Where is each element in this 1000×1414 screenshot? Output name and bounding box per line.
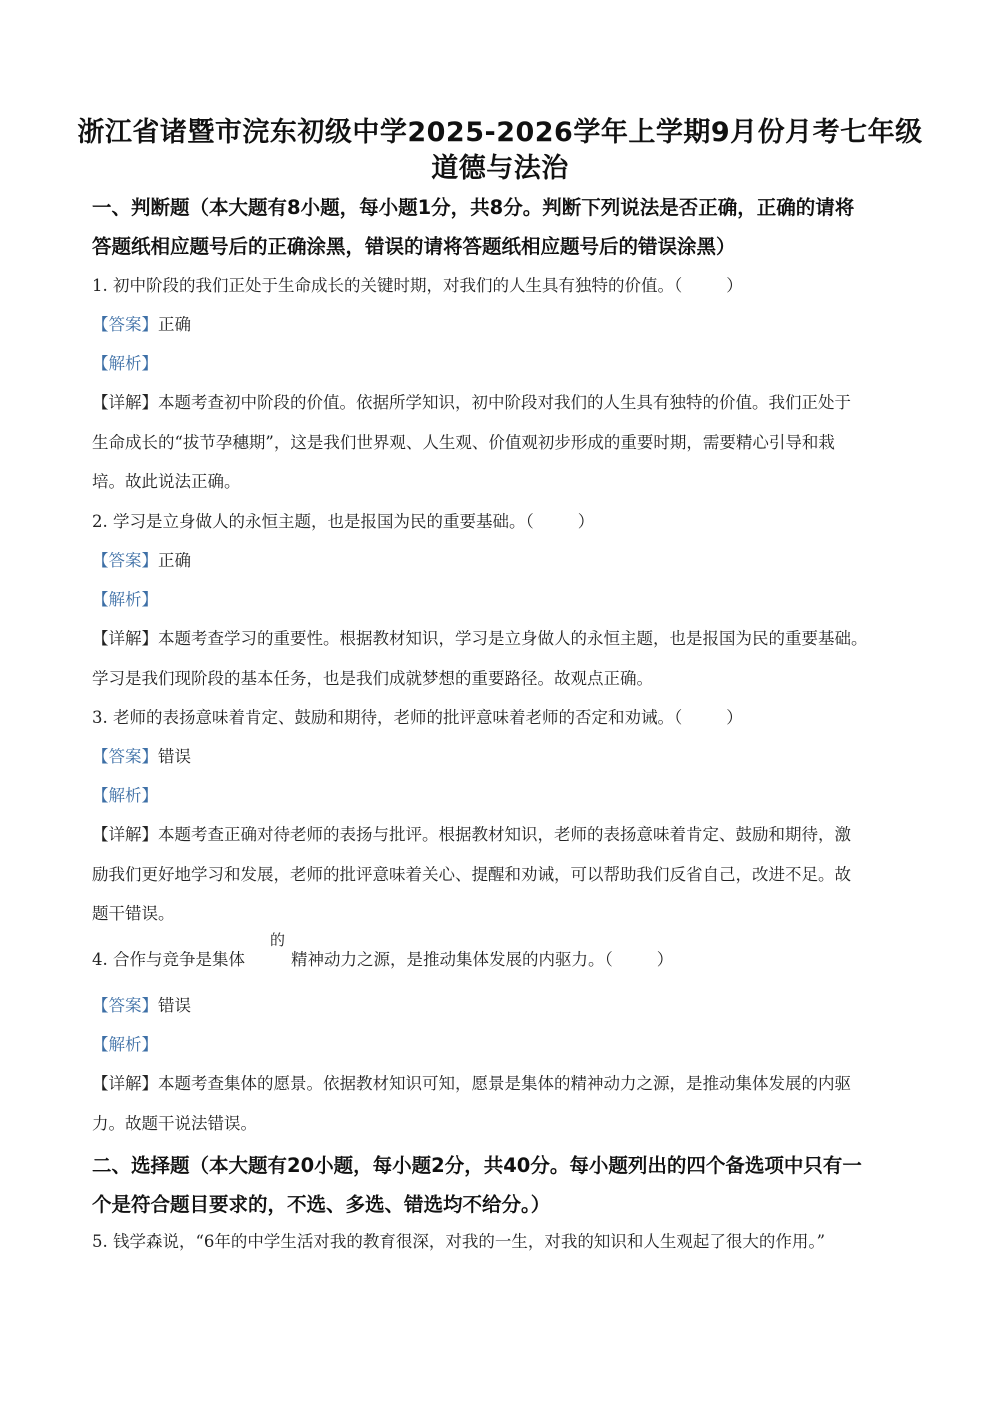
question-3-detail-line3: 题干错误。 <box>92 900 175 924</box>
question-2-answer: 【答案】正确 <box>92 547 191 571</box>
question-1-answer: 【答案】正确 <box>92 311 191 335</box>
analysis-label: 【解析】 <box>92 354 158 373</box>
question-number: 2. <box>92 512 108 531</box>
answer-label: 【答案】 <box>92 996 158 1015</box>
detail-label: 【详解】 <box>92 825 158 844</box>
detail-text: 本题考查学习的重要性。根据教材知识，学习是立身做人的永恒主题，也是报国为民的重要… <box>158 629 868 648</box>
question-3-stem: 3. 老师的表扬意味着肯定、鼓励和期待，老师的批评意味着老师的否定和劝诫。（） <box>92 704 743 728</box>
question-number: 4. <box>92 950 108 969</box>
question-2-detail-line2: 学习是我们现阶段的基本任务，也是我们成就梦想的重要路径。故观点正确。 <box>92 665 653 689</box>
answer-value: 正确 <box>158 315 191 334</box>
question-1-stem: 1. 初中阶段的我们正处于生命成长的关键时期，对我们的人生具有独特的价值。（） <box>92 272 743 296</box>
question-3-analysis: 【解析】 <box>92 782 158 806</box>
section-2-heading-line1: 二、选择题（本大题有20小题，每小题2分，共40分。每小题列出的四个备选项中只有… <box>92 1150 922 1178</box>
paren-close: ） <box>726 708 743 727</box>
detail-text: 本题考查初中阶段的价值。依据所学知识，初中阶段对我们的人生具有独特的价值。我们正… <box>158 393 851 412</box>
question-2-analysis: 【解析】 <box>92 586 158 610</box>
section-1-heading-line1: 一、判断题（本大题有8小题，每小题1分，共8分。判断下列说法是否正确，正确的请将 <box>92 192 922 220</box>
section-1-heading-line2: 答题纸相应题号后的正确涂黑，错误的请将答题纸相应题号后的错误涂黑） <box>92 231 922 259</box>
section-2-heading-line2: 个是符合题目要求的，不选、多选、错选均不给分。） <box>92 1189 922 1217</box>
question-number: 1. <box>92 276 108 295</box>
question-number: 3. <box>92 708 108 727</box>
question-1-detail-line3: 培。故此说法正确。 <box>92 468 241 492</box>
question-2-detail-line1: 【详解】本题考查学习的重要性。根据教材知识，学习是立身做人的永恒主题，也是报国为… <box>92 625 868 649</box>
exam-page: 浙江省诸暨市浣东初级中学2025-2026学年上学期9月份月考七年级 道德与法治… <box>0 0 1000 1414</box>
question-4-raised-char: 的 <box>270 929 285 950</box>
answer-label: 【答案】 <box>92 747 158 766</box>
analysis-label: 【解析】 <box>92 786 158 805</box>
question-3-detail-line2: 励我们更好地学习和发展，老师的批评意味着关心、提醒和劝诫，可以帮助我们反省自己，… <box>92 861 851 885</box>
doc-title-line2: 道德与法治 <box>0 146 1000 185</box>
detail-text: 本题考查集体的愿景。依据教材知识可知，愿景是集体的精神动力之源，是推动集体发展的… <box>158 1074 851 1093</box>
question-4-detail-line1: 【详解】本题考查集体的愿景。依据教材知识可知，愿景是集体的精神动力之源，是推动集… <box>92 1070 851 1094</box>
doc-title-line1: 浙江省诸暨市浣东初级中学2025-2026学年上学期9月份月考七年级 <box>0 110 1000 149</box>
analysis-label: 【解析】 <box>92 1035 158 1054</box>
analysis-label: 【解析】 <box>92 590 158 609</box>
question-text: 老师的表扬意味着肯定、鼓励和期待，老师的批评意味着老师的否定和劝诫。（ <box>113 708 682 727</box>
detail-label: 【详解】 <box>92 393 158 412</box>
question-text-part2: 精神动力之源，是推动集体发展的内驱力。（ <box>291 950 613 969</box>
question-1-detail-line2: 生命成长的“拔节孕穗期”，这是我们世界观、人生观、价值观初步形成的重要时期，需要… <box>92 429 835 453</box>
paren-close: ） <box>578 512 595 531</box>
paren-close: ） <box>726 276 743 295</box>
answer-label: 【答案】 <box>92 551 158 570</box>
answer-value: 正确 <box>158 551 191 570</box>
question-1-detail-line1: 【详解】本题考查初中阶段的价值。依据所学知识，初中阶段对我们的人生具有独特的价值… <box>92 389 851 413</box>
question-4-stem: 4. 合作与竞争是集体精神动力之源，是推动集体发展的内驱力。（） <box>92 946 673 970</box>
question-text: 学习是立身做人的永恒主题，也是报国为民的重要基础。（ <box>113 512 534 531</box>
question-text: 钱学森说，“6年的中学生活对我的教育很深，对我的一生，对我的知识和人生观起了很大… <box>113 1232 825 1251</box>
question-4-answer: 【答案】错误 <box>92 992 191 1016</box>
question-3-detail-line1: 【详解】本题考查正确对待老师的表扬与批评。根据教材知识，老师的表扬意味着肯定、鼓… <box>92 821 851 845</box>
question-3-answer: 【答案】错误 <box>92 743 191 767</box>
question-2-stem: 2. 学习是立身做人的永恒主题，也是报国为民的重要基础。（） <box>92 508 594 532</box>
paren-close: ） <box>657 950 674 969</box>
detail-label: 【详解】 <box>92 1074 158 1093</box>
question-1-analysis: 【解析】 <box>92 350 158 374</box>
question-number: 5. <box>92 1232 108 1251</box>
question-5-stem: 5. 钱学森说，“6年的中学生活对我的教育很深，对我的一生，对我的知识和人生观起… <box>92 1228 825 1252</box>
question-4-analysis: 【解析】 <box>92 1031 158 1055</box>
question-text-part1: 合作与竞争是集体 <box>113 950 245 969</box>
question-text: 初中阶段的我们正处于生命成长的关键时期，对我们的人生具有独特的价值。（ <box>113 276 682 295</box>
detail-text: 本题考查正确对待老师的表扬与批评。根据教材知识，老师的表扬意味着肯定、鼓励和期待… <box>158 825 851 844</box>
detail-label: 【详解】 <box>92 629 158 648</box>
answer-label: 【答案】 <box>92 315 158 334</box>
answer-value: 错误 <box>158 747 191 766</box>
question-4-detail-line2: 力。故题干说法错误。 <box>92 1110 257 1134</box>
answer-value: 错误 <box>158 996 191 1015</box>
